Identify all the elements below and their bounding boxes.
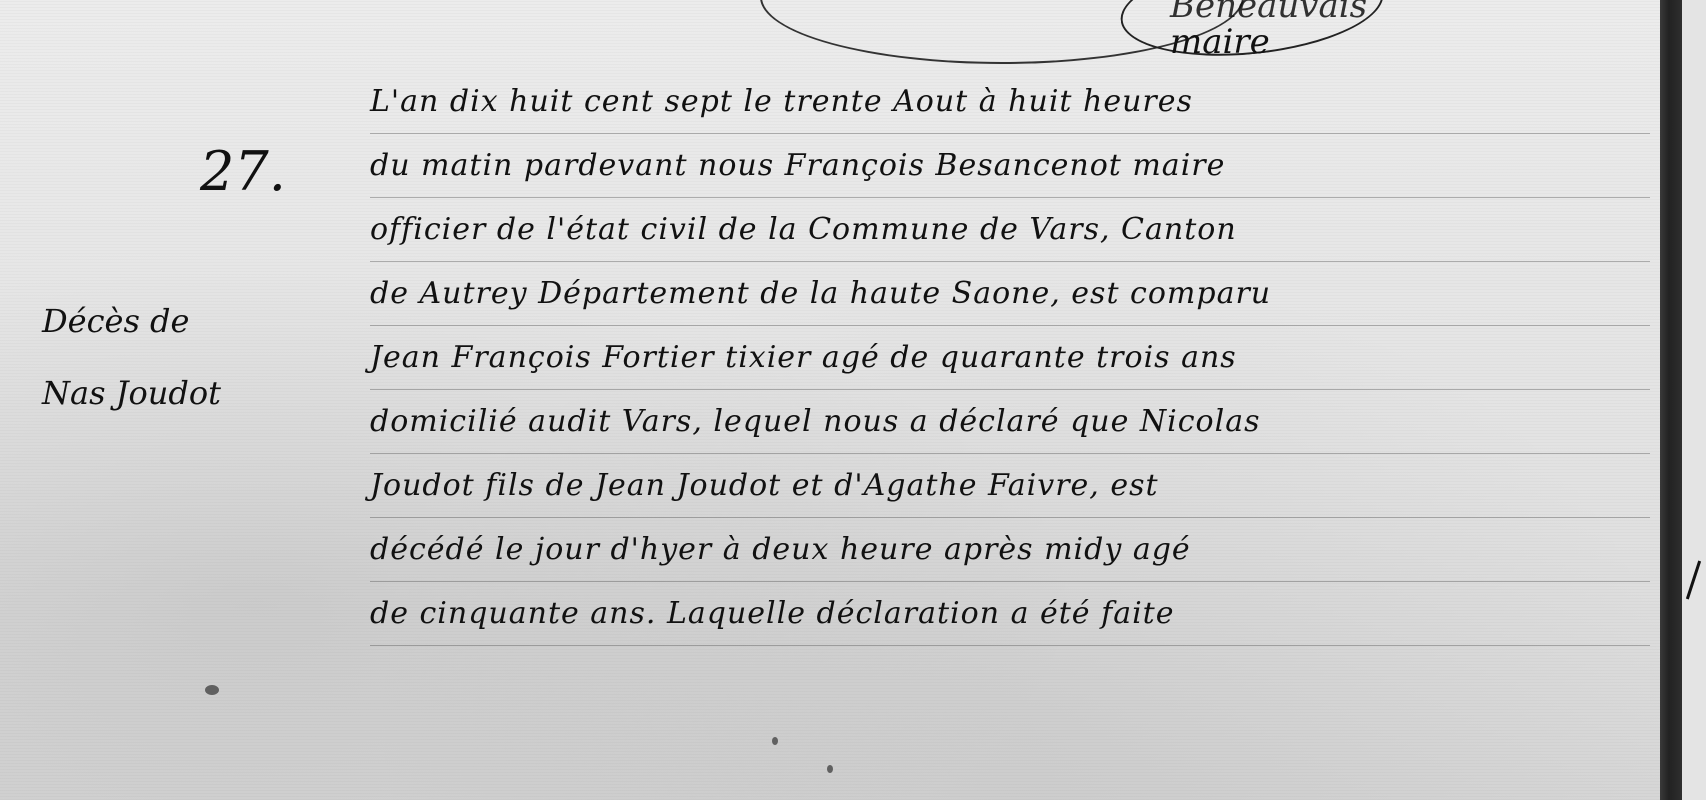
header-annotation: Beneauvais maire — [1170, 0, 1367, 60]
record-line: domicilié audit Vars, lequel nous a décl… — [370, 390, 1650, 454]
record-line: officier de l'état civil de la Commune d… — [370, 198, 1650, 262]
record-body: L'an dix huit cent sept le trente Aout à… — [370, 70, 1650, 646]
adjacent-page-edge — [1682, 0, 1706, 800]
ink-blot — [827, 765, 833, 773]
record-line: L'an dix huit cent sept le trente Aout à… — [370, 70, 1650, 134]
record-line: de cinquante ans. Laquelle déclaration a… — [370, 582, 1650, 646]
record-line: décédé le jour d'hyer à deux heure après… — [370, 518, 1650, 582]
margin-note-line1: Décès de — [42, 285, 221, 357]
ink-blot — [205, 685, 219, 695]
header-annotation-line1: Beneauvais — [1170, 0, 1367, 24]
record-line: Jean François Fortier tixier agé de quar… — [370, 326, 1650, 390]
ink-blot — [772, 737, 778, 745]
margin-note: Décès de Nas Joudot — [42, 285, 221, 429]
page-binding-edge — [1660, 0, 1682, 800]
scanned-document-page: Beneauvais maire 27. Décès de Nas Joudot… — [0, 0, 1706, 800]
act-number: 27. — [200, 140, 286, 203]
record-line: du matin pardevant nous François Besance… — [370, 134, 1650, 198]
record-line: Joudot fils de Jean Joudot et d'Agathe F… — [370, 454, 1650, 518]
header-annotation-line2: maire — [1170, 24, 1367, 60]
margin-note-line2: Nas Joudot — [42, 357, 221, 429]
record-line: de Autrey Département de la haute Saone,… — [370, 262, 1650, 326]
